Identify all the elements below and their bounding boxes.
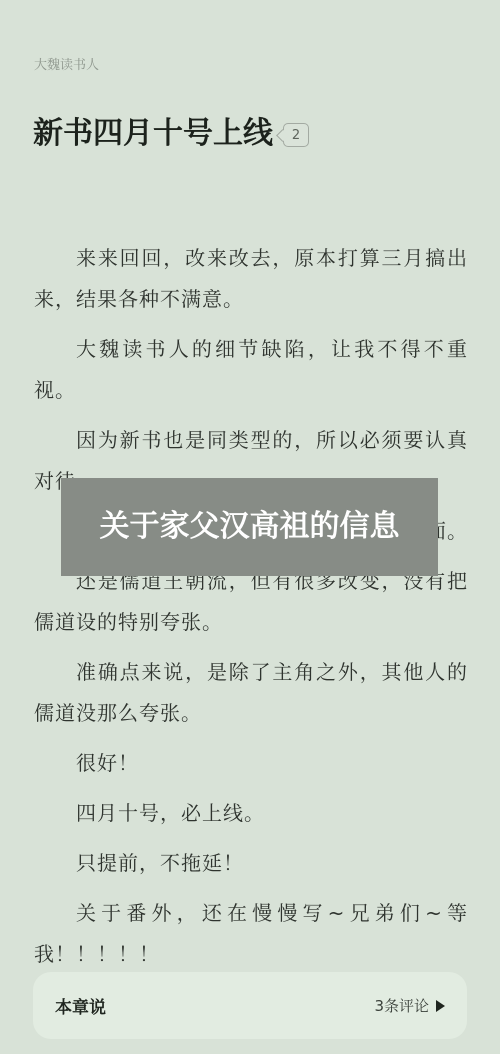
chapter-content: 来来回回，改来改去，原本打算三月搞出来，结果各种不满意。 大魏读书人的细节缺陷，… [34,238,468,984]
play-arrow-icon [436,1000,445,1012]
paragraph: 关于番外，还在慢慢写~兄弟们~等我！！！！！ [34,893,468,975]
paragraph: 只提前，不拖延！ [34,843,468,884]
title-overlay-banner: 关于家父汉高祖的信息 [61,478,438,576]
paragraph: 准确点来说，是除了主角之外，其他人的儒道没那么夸张。 [34,652,468,734]
chapter-title: 新书四月十号上线 [33,112,273,156]
view-comments-link[interactable]: 3条评论 [374,995,445,1016]
chapter-comments-title: 本章说 [55,993,106,1018]
comment-count-badge[interactable]: 2 [283,123,309,147]
overlay-title: 关于家父汉高祖的信息 [85,508,415,546]
paragraph: 四月十号，必上线。 [34,793,468,834]
comments-count-label: 3条评论 [374,995,429,1016]
comment-count: 2 [292,128,300,143]
chapter-comments-card[interactable]: 本章说 3条评论 [33,972,467,1039]
chapter-header: 新书四月十号上线 2 [33,112,309,156]
paragraph: 大魏读书人的细节缺陷，让我不得不重视。 [34,329,468,411]
paragraph: 很好！ [34,743,468,784]
paragraph: 来来回回，改来改去，原本打算三月搞出来，结果各种不满意。 [34,238,468,320]
author-name: 大魏读书人 [34,54,99,73]
